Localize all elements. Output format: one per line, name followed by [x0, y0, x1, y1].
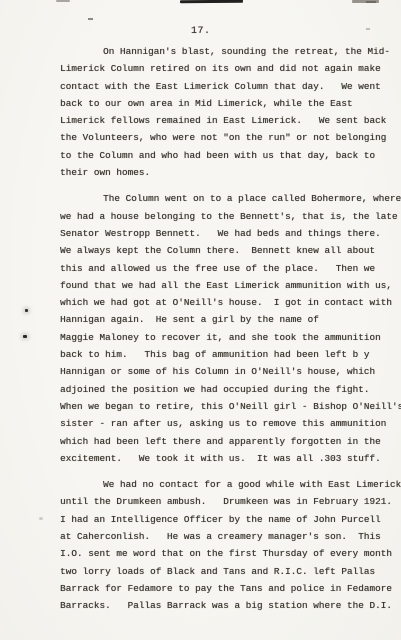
page-number: 17.: [191, 26, 211, 37]
text-line: On Hannigan's blast, sounding the retrea…: [60, 43, 398, 60]
text-line: found that we had all the East Limerick …: [60, 277, 398, 294]
paragraph: We had no contact for a good while with …: [60, 476, 398, 614]
text-line: Hannigan or some of his Column in O'Neil…: [60, 363, 398, 380]
text-line: When we began to retire, this O'Neill gi…: [60, 398, 398, 415]
document-body: On Hannigan's blast, sounding the retrea…: [60, 43, 398, 624]
scan-artifact: [88, 18, 93, 20]
text-line: Maggie Maloney to recover it, and she to…: [60, 329, 398, 346]
text-line: excitement. We took it with us. It was a…: [60, 450, 398, 467]
text-line: to the Column and who had been with us t…: [60, 147, 398, 164]
text-line: We had no contact for a good while with …: [60, 476, 398, 493]
text-line: we had a house belonging to the Bennett'…: [60, 208, 398, 225]
text-line: sister - ran after us, asking us to remo…: [60, 415, 398, 432]
text-line: Hannigan again. He sent a girl by the na…: [60, 311, 398, 328]
text-line: The Column went on to a place called Boh…: [60, 190, 398, 207]
scan-artifact: [366, 1, 376, 3]
text-line: until the Drumkeen ambush. Drumkeen was …: [60, 493, 398, 510]
text-line: this and allowed us the free use of the …: [60, 260, 398, 277]
scan-artifact: [23, 335, 27, 338]
text-line: adjoined the position we had occupied du…: [60, 381, 398, 398]
text-line: We always kept the Column there. Bennett…: [60, 242, 398, 259]
text-line: the Volunteers, who were not "on the run…: [60, 129, 398, 146]
text-line: at Caherconlish. He was a creamery manag…: [60, 528, 398, 545]
text-line: contact with the East Limerick Column th…: [60, 78, 398, 95]
text-line: Limerick Column retired on its own and d…: [60, 60, 398, 77]
text-line: Barrack for Fedamore to pay the Tans and…: [60, 580, 398, 597]
text-line: back to our own area in Mid Limerick, wh…: [60, 95, 398, 112]
paragraph: On Hannigan's blast, sounding the retrea…: [60, 43, 398, 181]
text-line: I.O. sent me word that on the first Thur…: [60, 545, 398, 562]
text-line: Limerick fellows remained in East Limeri…: [60, 112, 398, 129]
scan-artifact: [39, 517, 43, 520]
text-line: Senator Westropp Bennett. We had beds an…: [60, 225, 398, 242]
paragraph: The Column went on to a place called Boh…: [60, 190, 398, 467]
text-line: I had an Intelligence Officer by the nam…: [60, 511, 398, 528]
text-line: their own homes.: [60, 164, 398, 181]
scanned-document-page: 17. On Hannigan's blast, sounding the re…: [0, 0, 401, 640]
scan-artifact: [56, 0, 70, 2]
scan-artifact: [366, 28, 370, 30]
text-line: which we had got at O'Neill's house. I g…: [60, 294, 398, 311]
text-line: which had been left there and apparently…: [60, 433, 398, 450]
text-line: back to him. This bag of ammunition had …: [60, 346, 398, 363]
text-line: two lorry loads of Black and Tans and R.…: [60, 563, 398, 580]
scan-artifact: [25, 309, 28, 312]
scan-artifact: [180, 0, 243, 3]
text-line: Barracks. Pallas Barrack was a big stati…: [60, 597, 398, 614]
